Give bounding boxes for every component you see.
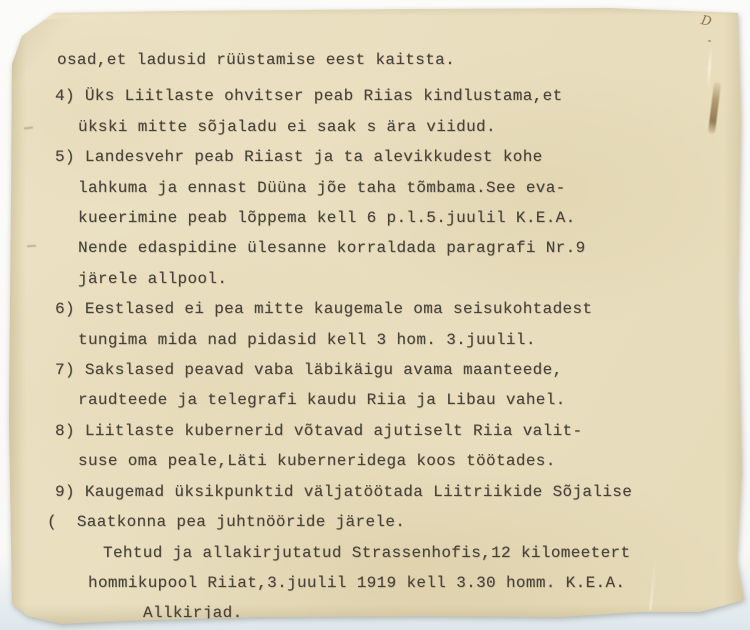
document-line: järele allpool. bbox=[78, 264, 750, 294]
document-line: Nende edaspidine ülesanne korraldada par… bbox=[78, 233, 750, 263]
paper-shadow-wrap: osad,et ladusid rüüstamise eest kaitsta.… bbox=[0, 0, 750, 630]
document-line: suse oma peale,Läti kuberneridega koos t… bbox=[78, 446, 750, 476]
document-line: kueerimine peab lõppema kell 6 p.l.5.juu… bbox=[78, 203, 750, 233]
document-line: osad,et ladusid rüüstamise eest kaitsta. bbox=[57, 45, 750, 75]
document-line: 7) Sakslased peavad vaba läbikäigu avama… bbox=[55, 355, 750, 385]
handwritten-page-mark: D bbox=[700, 13, 713, 30]
document-line: Tehtud ja allakirjutatud Strassenhofis,1… bbox=[103, 538, 750, 568]
document-text: osad,et ladusid rüüstamise eest kaitsta.… bbox=[0, 45, 750, 629]
document-line: 6) Eestlased ei pea mitte kaugemale oma … bbox=[55, 294, 750, 324]
document-line: 8) Liitlaste kubernerid võtavad ajutisel… bbox=[55, 416, 750, 446]
document-line: Allkirjad. bbox=[143, 598, 750, 628]
document-line: 9) Kaugemad üksikpunktid väljatöötada Li… bbox=[55, 477, 750, 507]
document-line: 5) Landesvehr peab Riiast ja ta alevikku… bbox=[55, 142, 750, 172]
document-line: tungima mida nad pidasid kell 3 hom. 3.j… bbox=[78, 325, 750, 355]
handwritten-ink-dot bbox=[708, 40, 711, 42]
scanned-document: osad,et ladusid rüüstamise eest kaitsta.… bbox=[0, 0, 750, 630]
document-line: ükski mitte sõjaladu ei saak s ära viidu… bbox=[78, 112, 750, 142]
document-line: lahkuma ja ennast Düüna jõe taha tõmbama… bbox=[78, 173, 750, 203]
paper-edge-shading-top bbox=[0, 4, 750, 16]
document-paper: osad,et ladusid rüüstamise eest kaitsta.… bbox=[0, 0, 750, 630]
document-line: ( Saatkonna pea juhtnööride järele. bbox=[47, 507, 750, 537]
document-line: 4) Üks Liitlaste ohvitser peab Riias kin… bbox=[55, 81, 750, 111]
document-line: raudteede ja telegrafi kaudu Riia ja Lib… bbox=[78, 385, 750, 415]
